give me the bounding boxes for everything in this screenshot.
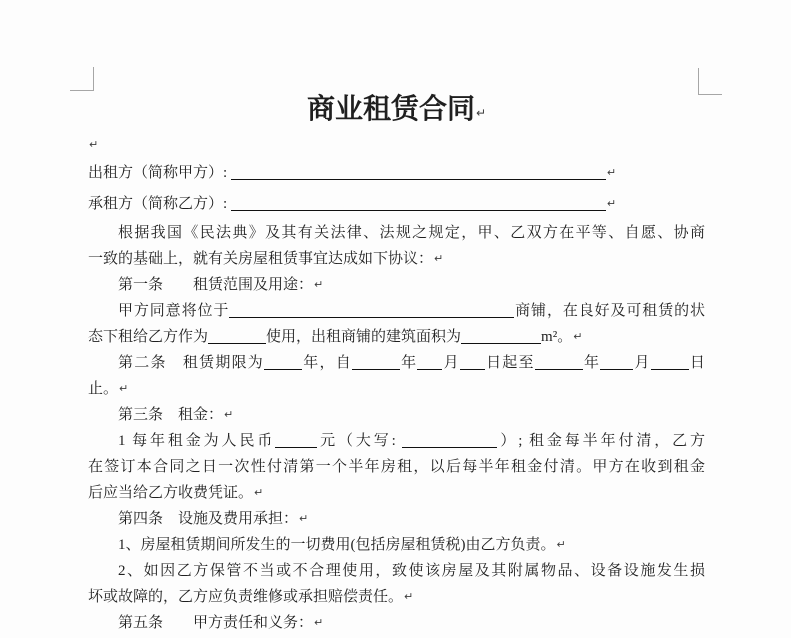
text-segment: m²。 xyxy=(541,329,572,345)
text-segment: 第二条 租赁期限为 xyxy=(118,355,264,371)
paragraph-article-3-clause-1: 1 每年租金为人民币元（大写: ）; 租金每半年付清，乙方在签订本合同之日一次性… xyxy=(88,428,705,506)
pilcrow-mark: ↵ xyxy=(476,106,486,120)
text-segment: 第一条 租赁范围及用途： xyxy=(118,277,313,293)
text-line: 第二条 租赁期限为年，自年月日起至年月日 xyxy=(88,350,705,376)
text-line: 1 每年租金为人民币元（大写: ）; 租金每半年付清，乙方 xyxy=(88,428,705,454)
blank-field[interactable] xyxy=(352,355,400,370)
paragraph-article-4-clause-1: 1、房屋租赁期间所发生的一切费用(包括房屋租赁税)由乙方负责。↵ xyxy=(88,532,705,558)
blank-field[interactable] xyxy=(417,355,442,370)
text-line: 第一条 租赁范围及用途：↵ xyxy=(88,272,705,298)
text-line: 第三条 租金：↵ xyxy=(88,402,705,428)
text-column: 商业租赁合同↵ ↵出租方（简称甲方）: ↵承租方（简称乙方）: ↵根据我国《民法… xyxy=(88,88,705,636)
text-segment: 第四条 设施及费用承担： xyxy=(118,511,298,527)
text-segment: 出租方（简称甲方）: xyxy=(88,165,231,181)
paragraph-article-4-clause-2: 2、如因乙方保管不当或不合理使用，致使该房屋及其附属物品、设备设施发生损坏或故障… xyxy=(88,558,705,610)
text-line: 第五条 甲方责任和义务：↵ xyxy=(88,610,705,636)
text-segment: 甲方同意将位于 xyxy=(118,303,229,319)
pilcrow-mark: ↵ xyxy=(573,330,582,343)
document-title-line: 商业租赁合同↵ xyxy=(88,88,705,132)
pilcrow-mark: ↵ xyxy=(557,538,566,551)
blank-field[interactable] xyxy=(208,329,266,344)
blank-field[interactable] xyxy=(275,433,317,448)
text-line: 后应当给乙方收费凭证。↵ xyxy=(88,480,705,506)
pilcrow-mark: ↵ xyxy=(299,512,308,525)
paragraph-lessee-line: 承租方（简称乙方）: ↵ xyxy=(88,189,705,220)
pilcrow-mark: ↵ xyxy=(314,278,323,291)
text-segment: 坏或故障的，乙方应负责维修或承担赔偿责任。 xyxy=(88,589,403,605)
paragraph-article-1-heading: 第一条 租赁范围及用途：↵ xyxy=(88,272,705,298)
text-line: 在签订本合同之日一次性付清第一个半年房租，以后每半年租金付清。甲方在收到租金 xyxy=(88,454,705,480)
paragraph-article-2: 第二条 租赁期限为年，自年月日起至年月日止。↵ xyxy=(88,350,705,402)
blank-field[interactable] xyxy=(461,329,541,344)
pilcrow-mark: ↵ xyxy=(404,590,413,603)
blank-field[interactable] xyxy=(535,355,583,370)
text-segment: 元（大写: xyxy=(317,433,402,449)
text-segment: 使用，出租商铺的建筑面积为 xyxy=(266,329,461,345)
text-segment: 1、房屋租赁期间所发生的一切费用(包括房屋租赁税)由乙方负责。 xyxy=(118,537,556,553)
blank-field[interactable] xyxy=(402,433,497,448)
text-segment: 月 xyxy=(442,355,459,371)
text-segment: 根据我国《民法典》及其有关法律、法规之规定，甲、乙双方在平等、自愿、协商 xyxy=(118,225,705,241)
text-segment: 第五条 甲方责任和义务： xyxy=(118,615,313,631)
text-line: 甲方同意将位于商铺，在良好及可租赁的状 xyxy=(88,298,705,324)
pilcrow-mark: ↵ xyxy=(314,616,323,629)
text-line: 第四条 设施及费用承担：↵ xyxy=(88,506,705,532)
text-line: 坏或故障的，乙方应负责维修或承担赔偿责任。↵ xyxy=(88,584,705,610)
paragraph-lessor-line: 出租方（简称甲方）: ↵ xyxy=(88,158,705,189)
text-segment: 年，自 xyxy=(302,355,352,371)
pilcrow-mark: ↵ xyxy=(254,486,263,499)
paragraph-article-5-heading: 第五条 甲方责任和义务：↵ xyxy=(88,610,705,636)
text-line: 一致的基础上，就有关房屋租赁事宜达成如下协议：↵ xyxy=(88,246,705,272)
blank-field[interactable] xyxy=(231,165,606,180)
text-line: 出租方（简称甲方）: ↵ xyxy=(88,158,705,189)
text-segment: 承租方（简称乙方）: xyxy=(88,196,231,212)
text-segment: 2、如因乙方保管不当或不合理使用，致使该房屋及其附属物品、设备设施发生损 xyxy=(118,563,705,579)
pilcrow-mark: ↵ xyxy=(607,197,616,210)
paragraph-empty-line: ↵ xyxy=(88,132,705,158)
pilcrow-mark: ↵ xyxy=(434,252,443,265)
text-line: 承租方（简称乙方）: ↵ xyxy=(88,189,705,220)
paragraph-article-1-body: 甲方同意将位于商铺，在良好及可租赁的状态下租给乙方作为使用，出租商铺的建筑面积为… xyxy=(88,298,705,350)
pilcrow-mark: ↵ xyxy=(607,166,616,179)
paragraph-article-4-heading: 第四条 设施及费用承担：↵ xyxy=(88,506,705,532)
pilcrow-mark: ↵ xyxy=(89,138,98,151)
document-title: 商业租赁合同 xyxy=(307,94,475,125)
blank-field[interactable] xyxy=(264,355,302,370)
text-segment: 一致的基础上，就有关房屋租赁事宜达成如下协议： xyxy=(88,251,433,267)
document-page[interactable]: 商业租赁合同↵ ↵出租方（简称甲方）: ↵承租方（简称乙方）: ↵根据我国《民法… xyxy=(0,0,791,638)
text-line: ↵ xyxy=(88,132,705,158)
document-body: ↵出租方（简称甲方）: ↵承租方（简称乙方）: ↵根据我国《民法典》及其有关法律… xyxy=(88,132,705,636)
blank-field[interactable] xyxy=(600,355,633,370)
blank-field[interactable] xyxy=(229,303,514,318)
paragraph-preamble: 根据我国《民法典》及其有关法律、法规之规定，甲、乙双方在平等、自愿、协商一致的基… xyxy=(88,220,705,272)
text-segment: 止。 xyxy=(88,381,118,397)
text-segment: 日起至 xyxy=(485,355,535,371)
pilcrow-mark: ↵ xyxy=(119,382,128,395)
text-line: 态下租给乙方作为使用，出租商铺的建筑面积为m²。↵ xyxy=(88,324,705,350)
text-segment: 日 xyxy=(689,355,705,371)
text-line: 止。↵ xyxy=(88,376,705,402)
paragraph-article-3-heading: 第三条 租金：↵ xyxy=(88,402,705,428)
text-segment: 商铺，在良好及可租赁的状 xyxy=(514,303,705,319)
text-segment: 在签订本合同之日一次性付清第一个半年房租，以后每半年租金付清。甲方在收到租金 xyxy=(88,459,705,475)
text-line: 2、如因乙方保管不当或不合理使用，致使该房屋及其附属物品、设备设施发生损 xyxy=(88,558,705,584)
text-segment: 后应当给乙方收费凭证。 xyxy=(88,485,253,501)
blank-field[interactable] xyxy=(651,355,689,370)
text-segment: 态下租给乙方作为 xyxy=(88,329,208,345)
text-segment: ）; 租金每半年付清，乙方 xyxy=(497,433,705,449)
pilcrow-mark: ↵ xyxy=(224,408,233,421)
text-segment: 年 xyxy=(400,355,417,371)
text-segment: 月 xyxy=(633,355,650,371)
text-segment: 1 每年租金为人民币 xyxy=(118,433,275,449)
blank-field[interactable] xyxy=(231,196,606,211)
text-segment: 第三条 租金： xyxy=(118,407,223,423)
text-segment: 年 xyxy=(583,355,600,371)
text-line: 1、房屋租赁期间所发生的一切费用(包括房屋租赁税)由乙方负责。↵ xyxy=(88,532,705,558)
text-line: 根据我国《民法典》及其有关法律、法规之规定，甲、乙双方在平等、自愿、协商 xyxy=(88,220,705,246)
blank-field[interactable] xyxy=(460,355,485,370)
